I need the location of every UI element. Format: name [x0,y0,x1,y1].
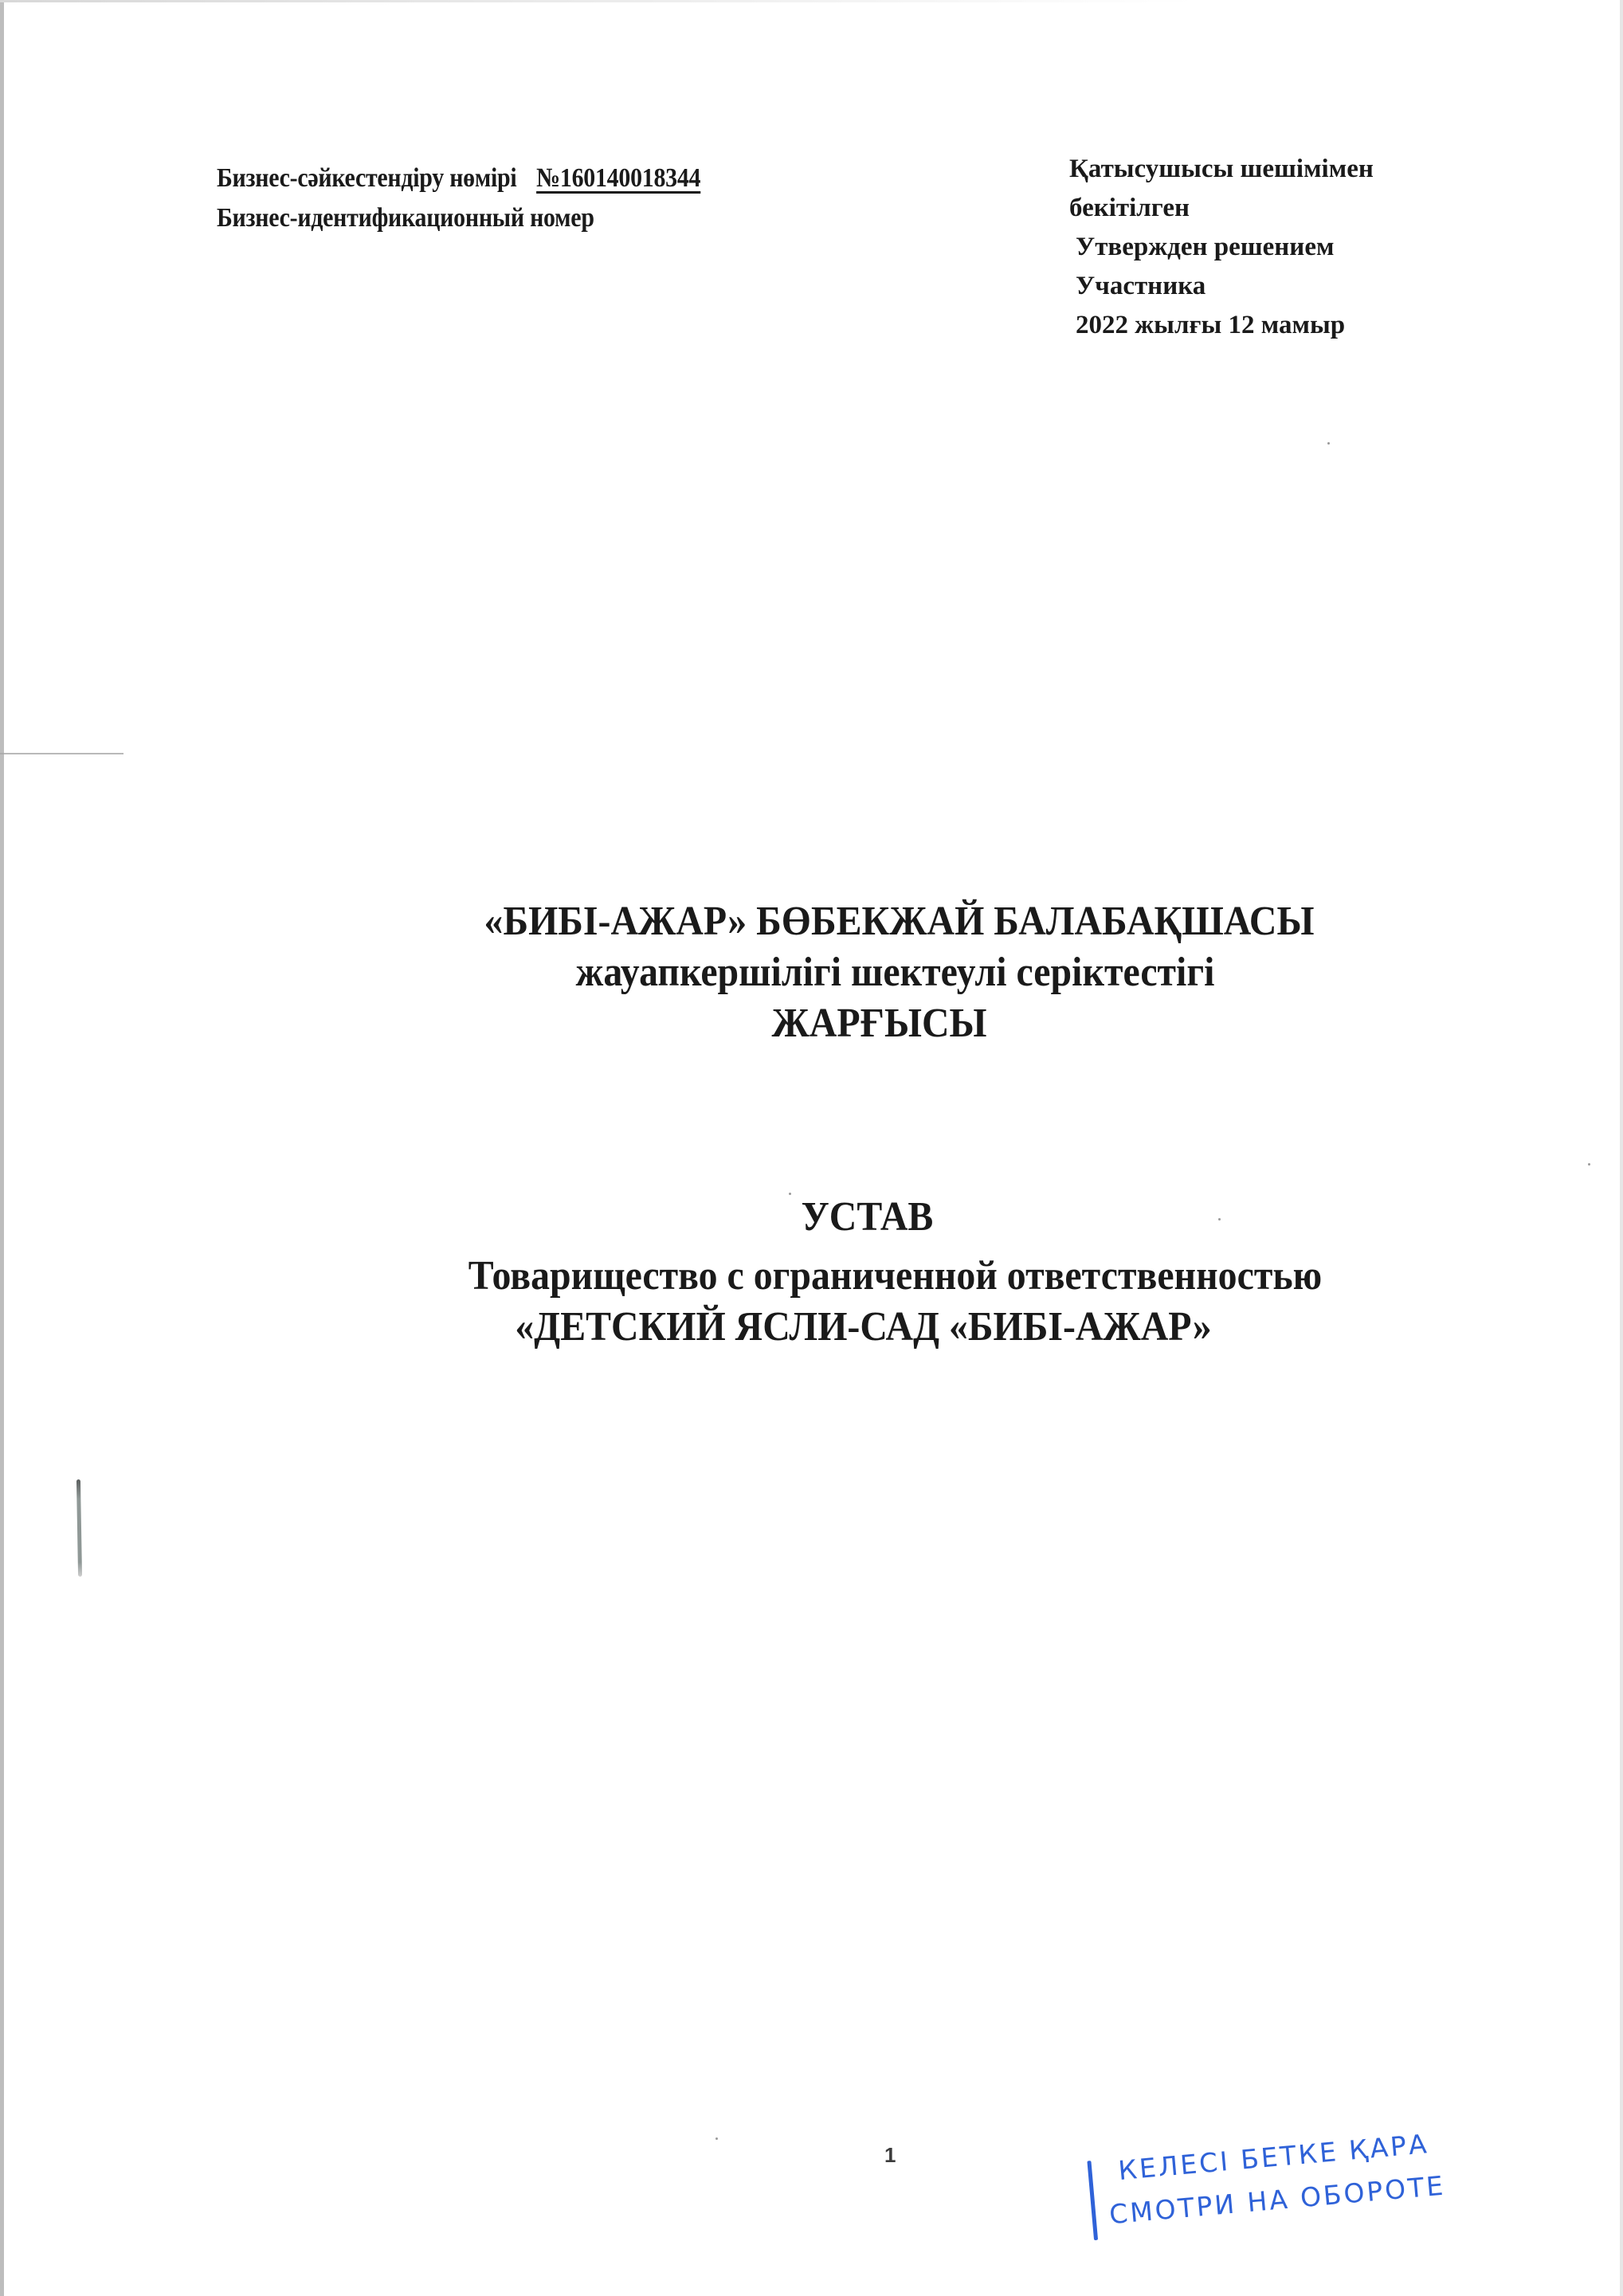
approval-block: Қатысушысы шешімімен бекітілген Утвержде… [1069,150,1374,345]
scan-page-edge-left [0,0,4,2296]
scan-speck [1327,442,1330,445]
russian-title-doc-type: УСТАВ [172,1192,1562,1243]
stamp-border [1087,2161,1098,2240]
page-number: 1 [884,2143,896,2168]
see-reverse-stamp: КЕЛЕСІ БЕТКЕ ҚАРА СМОТРИ НА ОБОРОТЕ [1086,2119,1469,2267]
scan-speck [1588,1163,1590,1166]
scan-speck [789,1193,791,1195]
bin-row-kz: Бизнес-сәйкестендіру нөмірі№160140018344 [217,159,700,198]
business-id-block: Бизнес-сәйкестендіру нөмірі№160140018344… [217,159,700,238]
approval-line: Утвержден решением [1069,228,1374,267]
scan-page-edge-top [0,0,1195,2]
scan-page-edge-right [1620,0,1623,2296]
approval-line: Қатысушысы шешімімен [1069,150,1374,189]
kazakh-title-entity-type: жауапкершілігі шектеулі серіктестігі [225,947,1565,998]
bin-label-kz: Бизнес-сәйкестендіру нөмірі [217,163,516,193]
russian-title: УСТАВ Товарищество с ограниченной ответс… [0,1192,1623,1353]
staple-mark [76,1479,82,1577]
scan-speck [715,2137,718,2140]
scan-artifact-line [0,753,123,754]
kazakh-title: «БИБІ-АЖАР» БӨБЕКЖАЙ БАЛАБАҚШАСЫ жауапке… [0,896,1623,1049]
approval-line: бекітілген [1069,189,1374,228]
russian-title-entity-type: Товарищество с ограниченной ответственно… [225,1251,1565,1302]
bin-number: №160140018344 [536,163,700,193]
russian-title-company: «ДЕТСКИЙ ЯСЛИ-САД «БИБІ-АЖАР» [164,1302,1562,1353]
approval-date: 2022 жылғы 12 мамыр [1069,306,1374,345]
scan-speck [1218,1218,1221,1220]
kazakh-title-doc-type: ЖАРҒЫСЫ [195,998,1564,1049]
bin-label-ru: Бизнес-идентификационный номер [217,198,700,238]
kazakh-title-company: «БИБІ-АЖАР» БӨБЕКЖАЙ БАЛАБАҚШАСЫ [233,896,1566,947]
approval-line: Участника [1069,267,1374,306]
